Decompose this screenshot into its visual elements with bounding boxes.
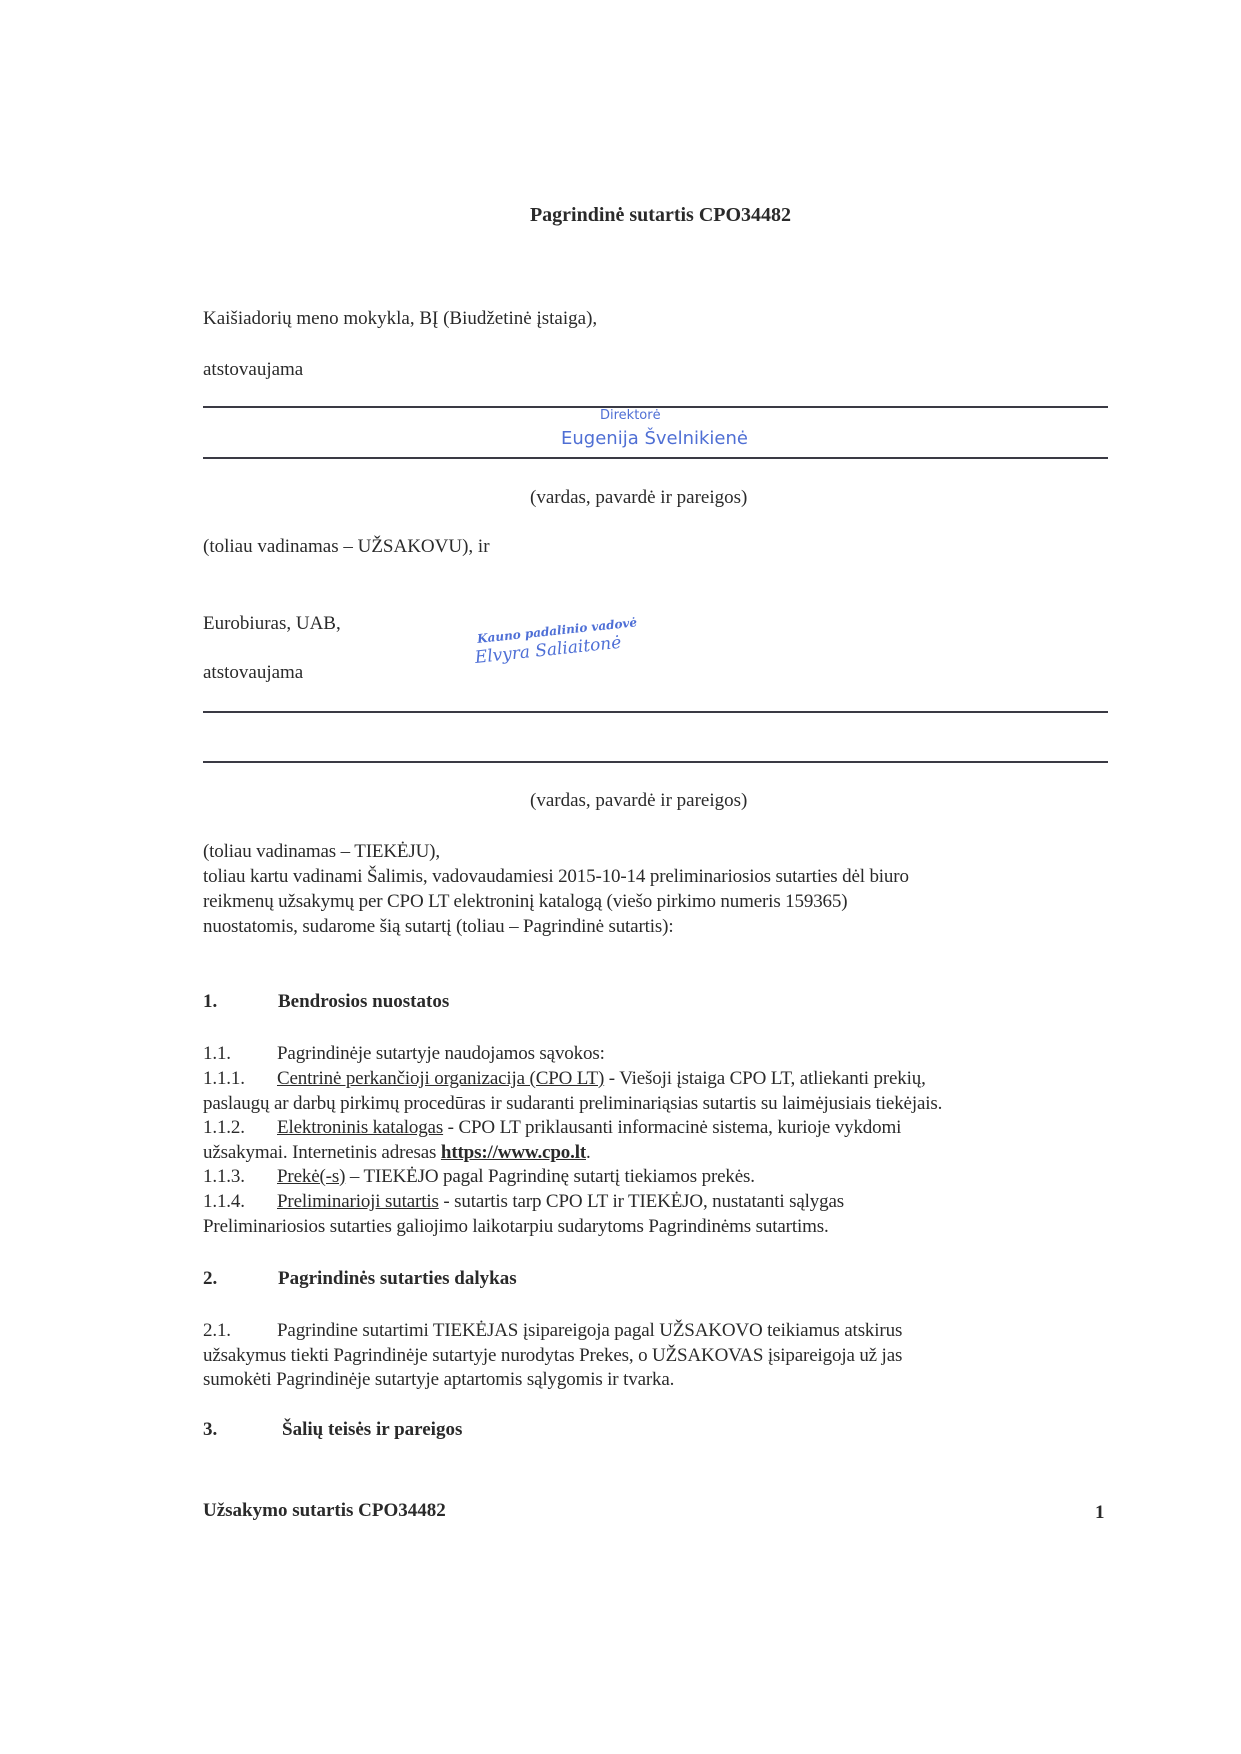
section-3-number: 3. [203,1419,217,1441]
supplier-signature-line-2 [203,761,1108,763]
defined-term: Centrinė perkančioji organizacija (CPO L… [277,1068,604,1089]
defined-term: Preliminarioji sutartis [277,1191,439,1212]
clause-text: - CPO LT priklausanti informacinė sistem… [443,1117,901,1138]
clause-text: - sutartis tarp CPO LT ir TIEKĖJO, nusta… [439,1191,844,1212]
section-2-number: 2. [203,1268,217,1290]
section-2-title: Pagrindinės sutarties dalykas [278,1268,517,1290]
clause-number: 1.1.2. [203,1116,277,1141]
clause-1-1-2: 1.1.2.Elektroninis katalogas - CPO LT pr… [203,1116,901,1165]
clause-text: Pagrindinėje sutartyje naudojamos sąvoko… [277,1043,605,1064]
preamble-line-3: nuostatomis, sudarome šią sutartį (tolia… [203,915,673,940]
supplier-name: Eurobiuras, UAB, [203,612,341,636]
footer-contract-id: Užsakymo sutartis CPO34482 [203,1500,446,1522]
page-number: 1 [1095,1502,1105,1524]
customer-referred-as: (toliau vadinamas – UŽSAKOVU), ir [203,535,490,559]
clause-number: 1.1.4. [203,1190,277,1215]
clause-1-1-3: 1.1.3.Prekė(-s) – TIEKĖJO pagal Pagrindi… [203,1165,755,1190]
preamble-line-2: reikmenų užsakymų per CPO LT elektroninį… [203,890,847,915]
cpo-website-link[interactable]: https://www.cpo.lt [441,1142,586,1163]
section-1-number: 1. [203,991,217,1013]
customer-stamp-position: Direktorė [600,408,661,423]
section-1-title: Bendrosios nuostatos [278,991,449,1013]
defined-term: Prekė(-s) [277,1166,345,1187]
defined-term: Elektroninis katalogas [277,1117,443,1138]
preamble-line-1: toliau kartu vadinami Šalimis, vadovauda… [203,865,909,890]
clause-text-end: . [586,1142,591,1163]
clause-1-1-1: 1.1.1.Centrinė perkančioji organizacija … [203,1067,942,1116]
supplier-referred-as: (toliau vadinamas – TIEKĖJU), [203,840,440,865]
clause-number: 1.1.1. [203,1067,277,1092]
customer-signature-line-2 [203,457,1108,459]
clause-number: 2.1. [203,1319,277,1344]
supplier-signature-line-1 [203,711,1108,713]
customer-name: Kaišiadorių meno mokykla, BĮ (Biudžetinė… [203,307,597,331]
clause-text-continued: sumokėti Pagrindinėje sutartyje aptartom… [203,1368,902,1393]
clause-1-1: 1.1.Pagrindinėje sutartyje naudojamos są… [203,1042,605,1067]
clause-text: Pagrindine sutartimi TIEKĖJAS įsipareigo… [277,1320,902,1341]
customer-caption: (vardas, pavardė ir pareigos) [530,486,747,510]
clause-number: 1.1.3. [203,1165,277,1190]
clause-text: – TIEKĖJO pagal Pagrindinę sutartį tieki… [345,1166,755,1187]
clause-number: 1.1. [203,1042,277,1067]
document-title: Pagrindinė sutartis CPO34482 [0,204,1241,227]
customer-represented-label: atstovaujama [203,358,303,382]
supplier-represented-label: atstovaujama [203,661,303,685]
clause-text-continued: užsakymus tiekti Pagrindinėje sutartyje … [203,1344,902,1369]
clause-text-continued: Preliminariosios sutarties galiojimo lai… [203,1215,844,1240]
clause-1-1-4: 1.1.4.Preliminarioji sutartis - sutartis… [203,1190,844,1239]
clause-2-1: 2.1.Pagrindine sutartimi TIEKĖJAS įsipar… [203,1319,902,1393]
clause-text: - Viešoji įstaiga CPO LT, atliekanti pre… [604,1068,926,1089]
supplier-caption: (vardas, pavardė ir pareigos) [530,789,747,813]
customer-stamp-name: Eugenija Švelnikienė [561,428,748,449]
section-3-title: Šalių teisės ir pareigos [282,1419,462,1441]
clause-text: užsakymai. Internetinis adresas [203,1142,441,1163]
clause-text-continued: paslaugų ar darbų pirkimų procedūras ir … [203,1092,942,1117]
